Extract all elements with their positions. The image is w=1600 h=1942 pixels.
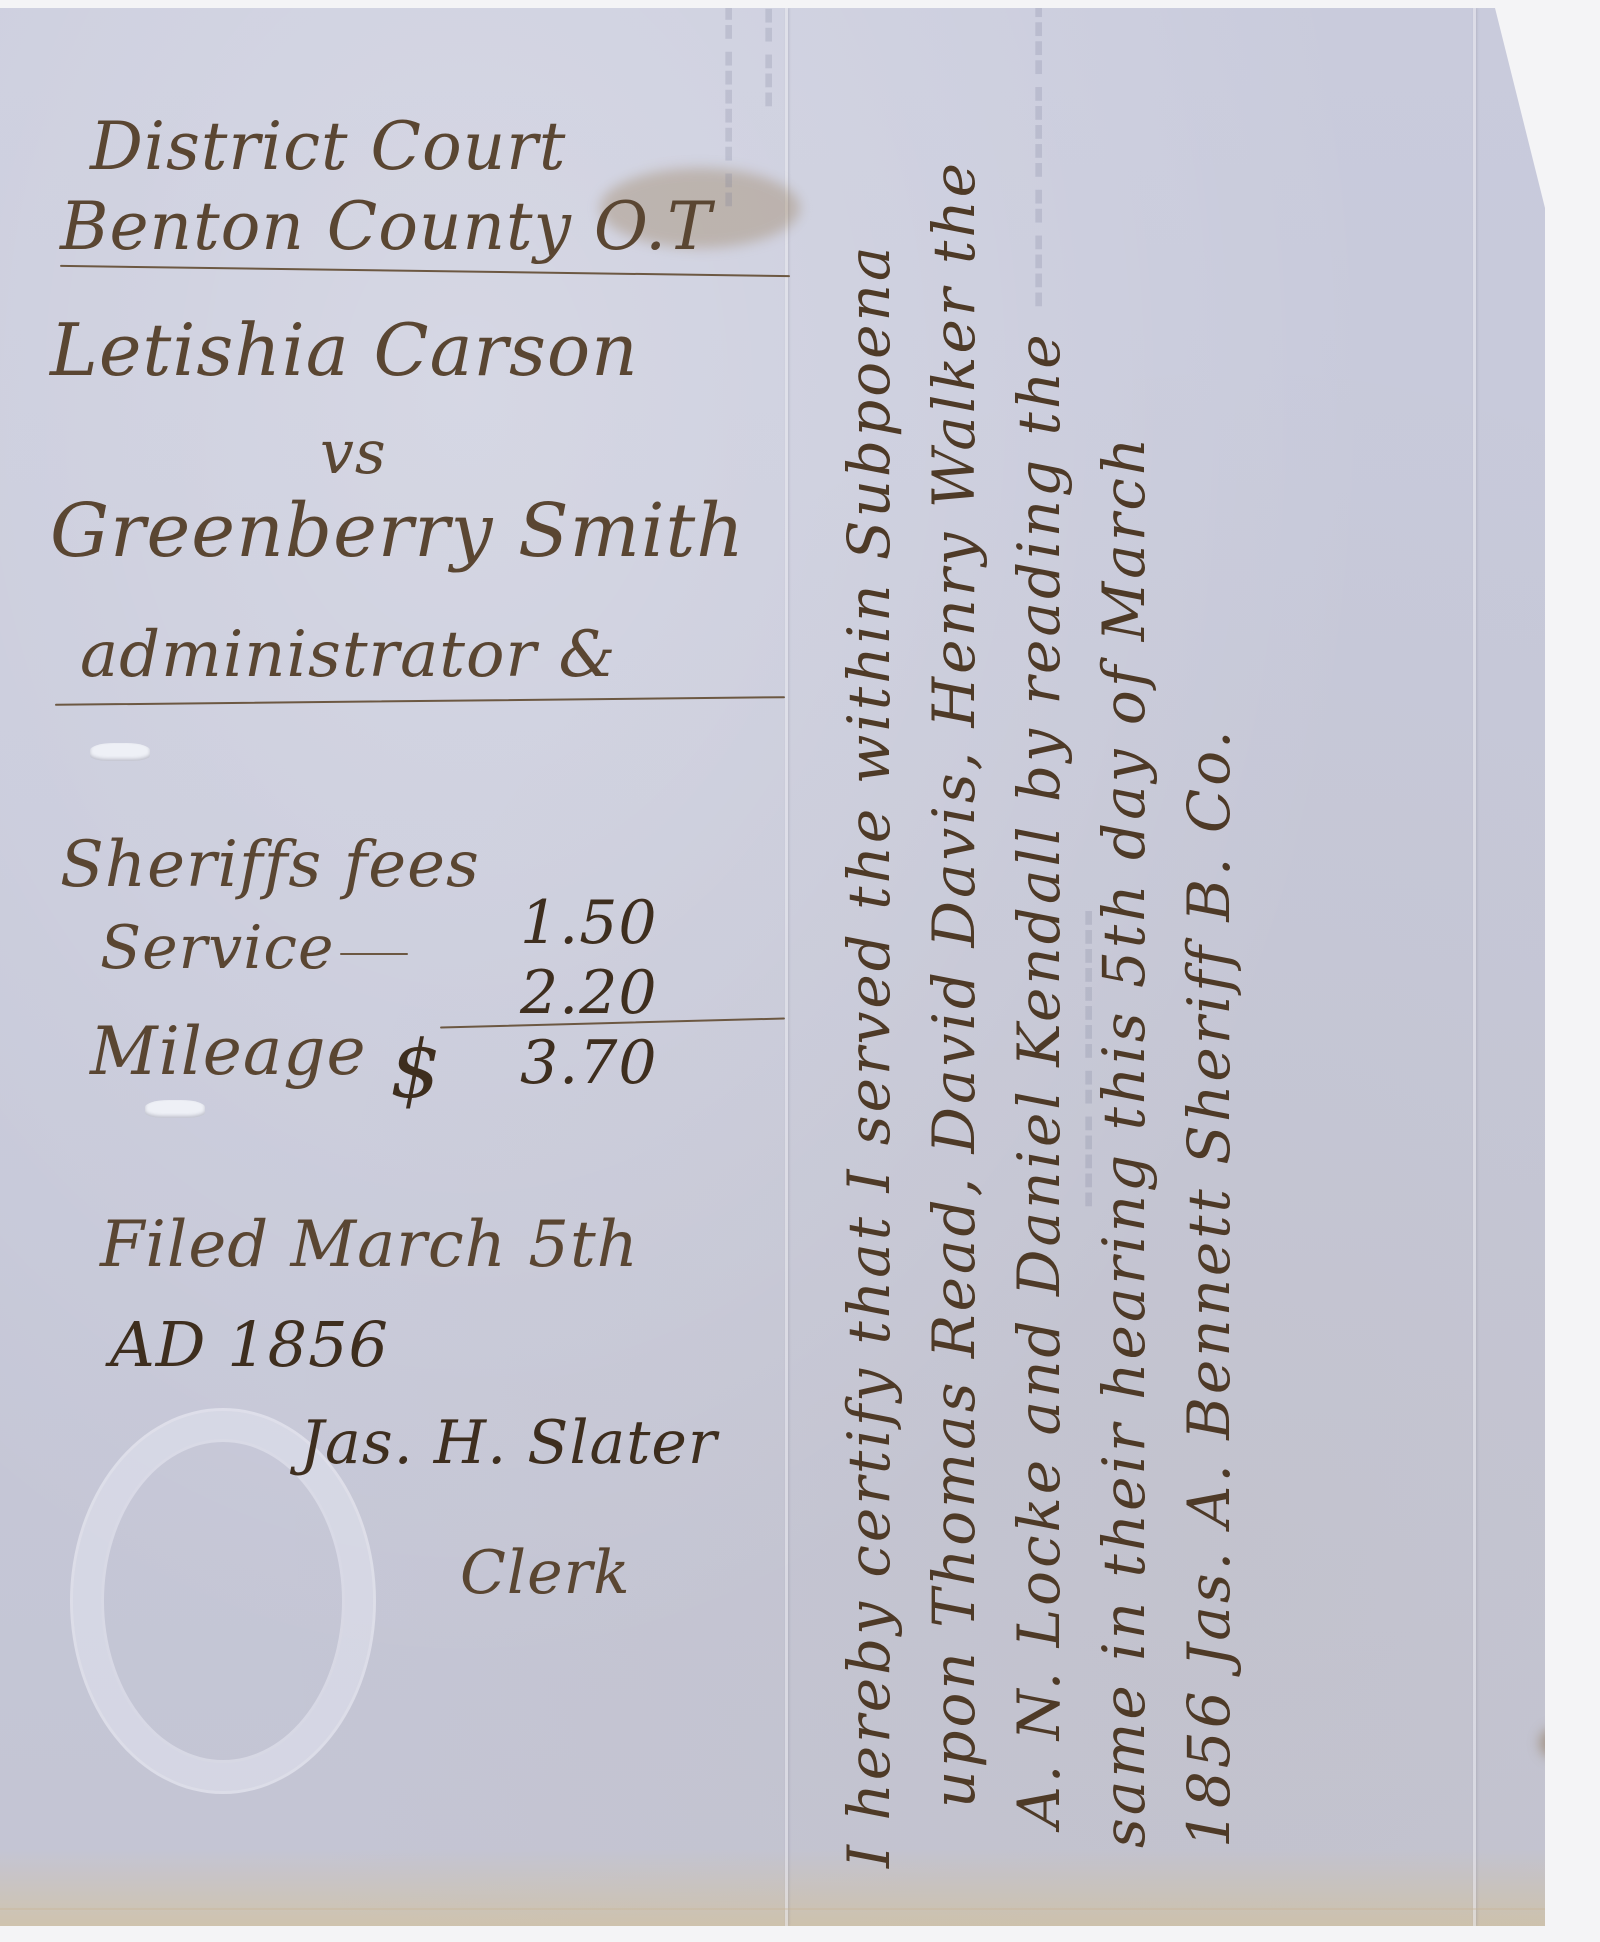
case-divider xyxy=(55,696,785,706)
defendant-role: administrator & xyxy=(80,618,616,692)
versus-label: vs xyxy=(320,418,387,488)
fees-title: Sheriffs fees xyxy=(60,828,480,902)
fee-leader-line xyxy=(340,953,408,955)
defendant-name: Greenberry Smith xyxy=(50,488,745,574)
filed-year-line: AD 1856 xyxy=(110,1308,389,1381)
fold-line-center xyxy=(785,8,788,1926)
punch-hole xyxy=(145,1100,205,1118)
printed-form-showthrough: ▬▬▬ ▬▬ ▬▬▬▬ ▬▬ ▬▬▬▬▬▬▬ ▬▬ ▬▬▬▬ ▬▬▬▬ ▬▬▬ … xyxy=(759,0,780,108)
printed-form-showthrough: ▬▬ ▬▬▬▬▬▬ ▬▬▬ ▬▬▬▬ ▬▬ ▬▬▬▬ ▬▬▬▬▬▬ ▬▬▬ ▬▬… xyxy=(719,0,740,208)
fold-line-right xyxy=(1473,8,1476,1926)
header-divider xyxy=(60,265,790,277)
document-page: ▬▬▬ ▬▬ ▬▬▬▬ ▬▬ ▬▬▬▬▬▬▬ ▬▬ ▬▬▬▬ ▬▬▬▬ ▬▬▬ … xyxy=(0,8,1552,1926)
return-line-2: upon Thomas Read, David Davis, Henry Wal… xyxy=(920,160,988,1808)
court-name: District Court xyxy=(90,108,566,185)
county-name: Benton County O.T xyxy=(60,188,712,265)
fee-total-symbol: $ xyxy=(390,1023,442,1116)
fee-amount-service: 1.50 xyxy=(520,888,658,958)
clerk-title: Clerk xyxy=(460,1538,631,1608)
fee-label-service: Service xyxy=(100,913,335,983)
return-line-3: A. N. Locke and Daniel Kendall by readin… xyxy=(1005,331,1073,1828)
punch-hole xyxy=(90,743,150,761)
return-line-5-signature: 1856 Jas. A. Bennett Sheriff B. Co. xyxy=(1175,727,1243,1848)
return-line-4: same in their hearing this 5th day of Ma… xyxy=(1090,435,1158,1848)
clerk-signature: Jas. H. Slater xyxy=(300,1408,718,1478)
ink-spot xyxy=(1540,1728,1570,1758)
plaintiff-name: Letishia Carson xyxy=(50,308,639,392)
return-line-1: I hereby certify that I served the withi… xyxy=(835,244,903,1868)
return-of-service: I hereby certify that I served the withi… xyxy=(835,28,1265,1908)
fee-label-mileage: Mileage xyxy=(90,1013,367,1090)
fee-total-amount: 3.70 xyxy=(520,1028,658,1098)
bottom-edge-tone xyxy=(0,1908,1552,1910)
fee-amount-mileage: 2.20 xyxy=(520,958,658,1028)
filed-date-line: Filed March 5th xyxy=(100,1208,639,1282)
